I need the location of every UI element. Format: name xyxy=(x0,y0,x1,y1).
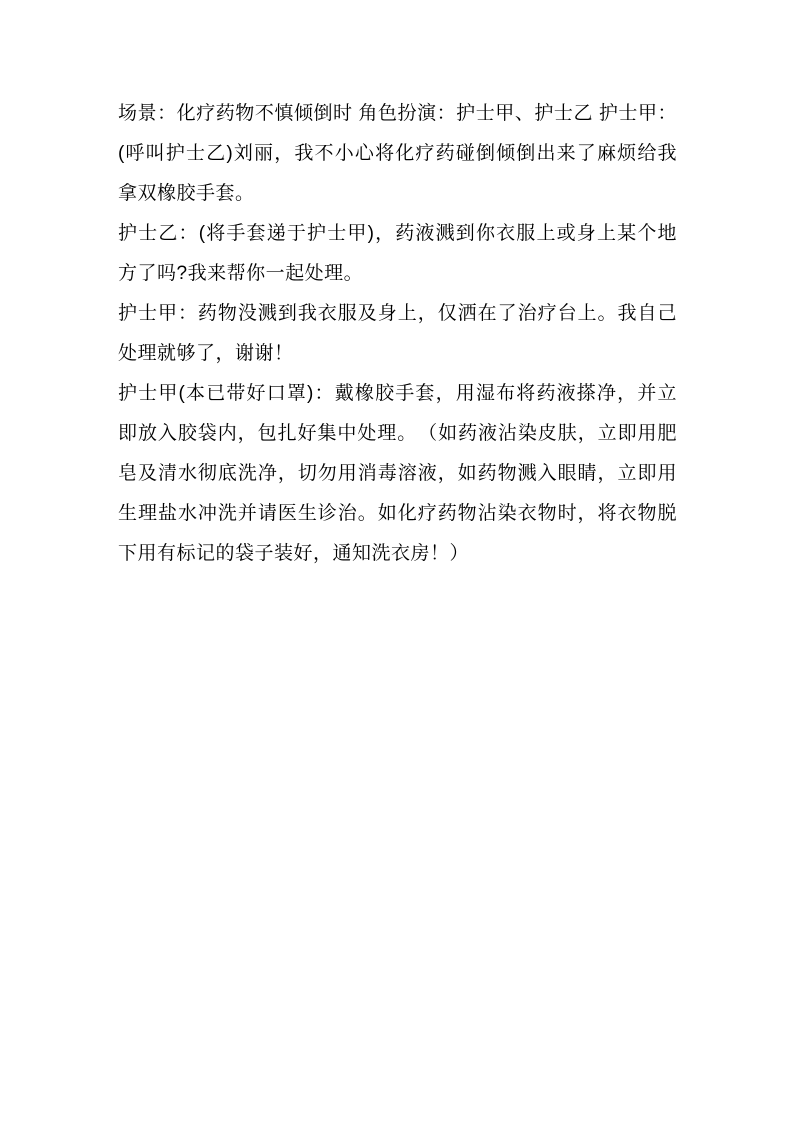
paragraph-nurse-a-procedure: 护士甲(本已带好口罩)：戴橡胶手套，用湿布将药液搽净，并立即放入胶袋内，包扎好集… xyxy=(118,374,677,574)
paragraph-nurse-b-reply: 护士乙：(将手套递于护士甲)，药液溅到你衣服上或身上某个地方了吗?我来帮你一起处… xyxy=(118,214,677,294)
document-page: 场景：化疗药物不慎倾倒时 角色扮演：护士甲、护士乙 护士甲：(呼叫护士乙)刘丽，… xyxy=(0,0,793,1122)
paragraph-nurse-a-reply: 护士甲：药物没溅到我衣服及身上，仅洒在了治疗台上。我自己处理就够了，谢谢！ xyxy=(118,294,677,374)
paragraph-scene-and-roles: 场景：化疗药物不慎倾倒时 角色扮演：护士甲、护士乙 护士甲：(呼叫护士乙)刘丽，… xyxy=(118,94,677,214)
